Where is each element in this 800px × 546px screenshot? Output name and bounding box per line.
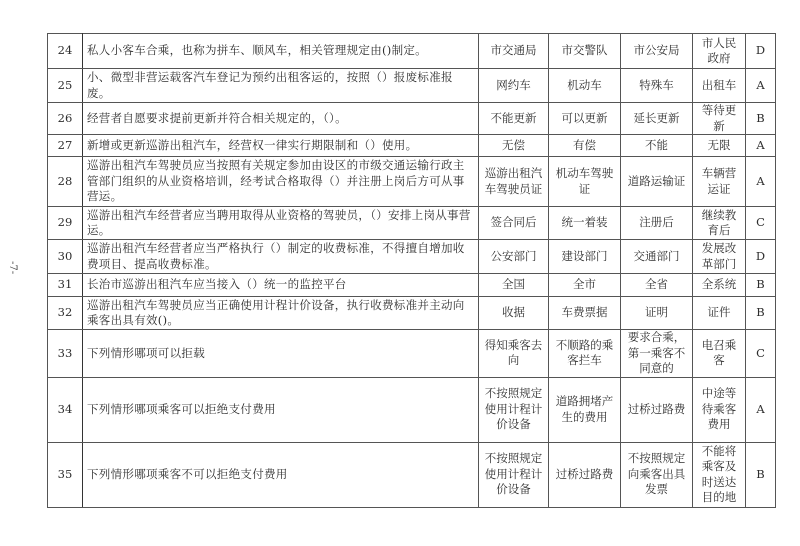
option-d-cell: 全系统 bbox=[693, 274, 746, 297]
option-b-cell: 市交警队 bbox=[549, 34, 621, 69]
option-c-cell: 市公安局 bbox=[621, 34, 693, 69]
option-b-cell: 不顺路的乘客拦车 bbox=[549, 330, 621, 378]
option-c-cell: 交通部门 bbox=[621, 240, 693, 274]
option-b-cell: 道路拥堵产生的费用 bbox=[549, 377, 621, 442]
answer-cell: A bbox=[746, 69, 776, 103]
option-c-cell: 不能 bbox=[621, 135, 693, 157]
question-number-cell: 30 bbox=[48, 240, 83, 274]
option-b-cell: 车费票据 bbox=[549, 297, 621, 330]
option-a-cell: 签合同后 bbox=[479, 207, 549, 240]
table-row: 34下列情形哪项乘客可以拒绝支付费用不按照规定使用计程计价设备道路拥堵产生的费用… bbox=[48, 377, 776, 442]
answer-cell: A bbox=[746, 157, 776, 207]
question-number-cell: 34 bbox=[48, 377, 83, 442]
answer-cell: B bbox=[746, 297, 776, 330]
option-c-cell: 延长更新 bbox=[621, 103, 693, 135]
answer-cell: B bbox=[746, 274, 776, 297]
option-c-cell: 证明 bbox=[621, 297, 693, 330]
answer-cell: A bbox=[746, 377, 776, 442]
option-c-cell: 特殊车 bbox=[621, 69, 693, 103]
option-c-cell: 要求合乘，第一乘客不同意的 bbox=[621, 330, 693, 378]
table-row: 32巡游出租汽车驾驶员应当正确使用计程计价设备，执行收费标准并主动向乘客出具有效… bbox=[48, 297, 776, 330]
option-b-cell: 全市 bbox=[549, 274, 621, 297]
question-text-cell: 长治市巡游出租汽车应当接入（）统一的监控平台 bbox=[83, 274, 479, 297]
answer-cell: D bbox=[746, 240, 776, 274]
option-d-cell: 不能将乘客及时送达目的地 bbox=[693, 442, 746, 507]
answer-cell: A bbox=[746, 135, 776, 157]
option-a-cell: 得知乘客去向 bbox=[479, 330, 549, 378]
question-number-cell: 35 bbox=[48, 442, 83, 507]
option-d-cell: 出租车 bbox=[693, 69, 746, 103]
question-text-cell: 巡游出租汽车驾驶员应当正确使用计程计价设备，执行收费标准并主动向乘客出具有效()… bbox=[83, 297, 479, 330]
option-a-cell: 收据 bbox=[479, 297, 549, 330]
option-d-cell: 无限 bbox=[693, 135, 746, 157]
question-text-cell: 巡游出租汽车驾驶员应当按照有关规定参加由设区的市级交通运输行政主管部门组织的从业… bbox=[83, 157, 479, 207]
option-d-cell: 电召乘客 bbox=[693, 330, 746, 378]
question-number-cell: 24 bbox=[48, 34, 83, 69]
question-text-cell: 下列情形哪项可以拒载 bbox=[83, 330, 479, 378]
option-d-cell: 发展改革部门 bbox=[693, 240, 746, 274]
question-text-cell: 下列情形哪项乘客可以拒绝支付费用 bbox=[83, 377, 479, 442]
question-text-cell: 巡游出租汽车经营者应当严格执行（）制定的收费标准，不得擅自增加收费项目、提高收费… bbox=[83, 240, 479, 274]
option-b-cell: 有偿 bbox=[549, 135, 621, 157]
option-b-cell: 可以更新 bbox=[549, 103, 621, 135]
page-number: -7- bbox=[7, 261, 17, 273]
answer-cell: B bbox=[746, 442, 776, 507]
question-number-cell: 27 bbox=[48, 135, 83, 157]
answer-cell: C bbox=[746, 207, 776, 240]
question-number-cell: 32 bbox=[48, 297, 83, 330]
option-b-cell: 过桥过路费 bbox=[549, 442, 621, 507]
option-a-cell: 不按照规定使用计程计价设备 bbox=[479, 377, 549, 442]
option-c-cell: 不按照规定向乘客出具发票 bbox=[621, 442, 693, 507]
option-d-cell: 车辆营运证 bbox=[693, 157, 746, 207]
question-number-cell: 31 bbox=[48, 274, 83, 297]
option-a-cell: 不按照规定使用计程计价设备 bbox=[479, 442, 549, 507]
table-row: 24私人小客车合乘，也称为拼车、顺风车，相关管理规定由()制定。市交通局市交警队… bbox=[48, 34, 776, 69]
answer-cell: B bbox=[746, 103, 776, 135]
option-a-cell: 全国 bbox=[479, 274, 549, 297]
option-c-cell: 全省 bbox=[621, 274, 693, 297]
table-row: 33下列情形哪项可以拒载得知乘客去向不顺路的乘客拦车要求合乘，第一乘客不同意的电… bbox=[48, 330, 776, 378]
question-number-cell: 33 bbox=[48, 330, 83, 378]
question-text-cell: 私人小客车合乘，也称为拼车、顺风车，相关管理规定由()制定。 bbox=[83, 34, 479, 69]
table-row: 28巡游出租汽车驾驶员应当按照有关规定参加由设区的市级交通运输行政主管部门组织的… bbox=[48, 157, 776, 207]
option-a-cell: 网约车 bbox=[479, 69, 549, 103]
question-text-cell: 巡游出租汽车经营者应当聘用取得从业资格的驾驶员，（）安排上岗从事营运。 bbox=[83, 207, 479, 240]
table-row: 30巡游出租汽车经营者应当严格执行（）制定的收费标准，不得擅自增加收费项目、提高… bbox=[48, 240, 776, 274]
option-b-cell: 建设部门 bbox=[549, 240, 621, 274]
table-row: 27新增或更新巡游出租汽车，经营权一律实行期限制和（）使用。无偿有偿不能无限A bbox=[48, 135, 776, 157]
option-a-cell: 巡游出租汽车驾驶员证 bbox=[479, 157, 549, 207]
question-number-cell: 29 bbox=[48, 207, 83, 240]
quiz-table-body: 24私人小客车合乘，也称为拼车、顺风车，相关管理规定由()制定。市交通局市交警队… bbox=[48, 34, 776, 508]
option-d-cell: 市人民政府 bbox=[693, 34, 746, 69]
option-d-cell: 等待更新 bbox=[693, 103, 746, 135]
question-number-cell: 25 bbox=[48, 69, 83, 103]
option-d-cell: 中途等待乘客费用 bbox=[693, 377, 746, 442]
question-text-cell: 经营者自愿要求提前更新并符合相关规定的，（）。 bbox=[83, 103, 479, 135]
option-a-cell: 市交通局 bbox=[479, 34, 549, 69]
question-text-cell: 下列情形哪项乘客不可以拒绝支付费用 bbox=[83, 442, 479, 507]
option-c-cell: 注册后 bbox=[621, 207, 693, 240]
table-row: 35下列情形哪项乘客不可以拒绝支付费用不按照规定使用计程计价设备过桥过路费不按照… bbox=[48, 442, 776, 507]
option-a-cell: 不能更新 bbox=[479, 103, 549, 135]
answer-cell: D bbox=[746, 34, 776, 69]
table-row: 26经营者自愿要求提前更新并符合相关规定的，（）。不能更新可以更新延长更新等待更… bbox=[48, 103, 776, 135]
option-a-cell: 公安部门 bbox=[479, 240, 549, 274]
option-d-cell: 证件 bbox=[693, 297, 746, 330]
option-b-cell: 机动车 bbox=[549, 69, 621, 103]
question-number-cell: 28 bbox=[48, 157, 83, 207]
table-row: 29巡游出租汽车经营者应当聘用取得从业资格的驾驶员，（）安排上岗从事营运。签合同… bbox=[48, 207, 776, 240]
option-c-cell: 道路运输证 bbox=[621, 157, 693, 207]
option-b-cell: 机动车驾驶证 bbox=[549, 157, 621, 207]
option-d-cell: 继续教育后 bbox=[693, 207, 746, 240]
question-number-cell: 26 bbox=[48, 103, 83, 135]
question-text-cell: 小、微型非营运载客汽车登记为预约出租客运的，按照（）报废标准报废。 bbox=[83, 69, 479, 103]
answer-cell: C bbox=[746, 330, 776, 378]
option-a-cell: 无偿 bbox=[479, 135, 549, 157]
table-row: 31长治市巡游出租汽车应当接入（）统一的监控平台全国全市全省全系统B bbox=[48, 274, 776, 297]
question-text-cell: 新增或更新巡游出租汽车，经营权一律实行期限制和（）使用。 bbox=[83, 135, 479, 157]
quiz-table: 24私人小客车合乘，也称为拼车、顺风车，相关管理规定由()制定。市交通局市交警队… bbox=[47, 33, 776, 508]
option-c-cell: 过桥过路费 bbox=[621, 377, 693, 442]
option-b-cell: 统一着装 bbox=[549, 207, 621, 240]
table-row: 25小、微型非营运载客汽车登记为预约出租客运的，按照（）报废标准报废。网约车机动… bbox=[48, 69, 776, 103]
